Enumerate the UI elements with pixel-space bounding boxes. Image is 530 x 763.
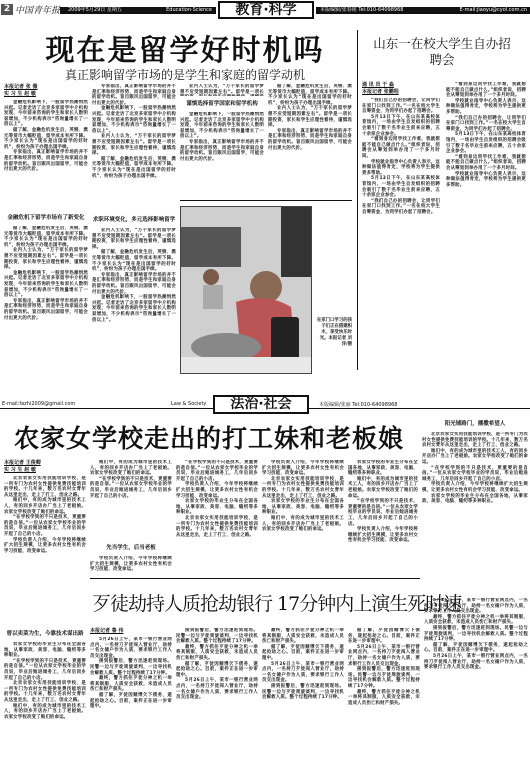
article-text: 据了解，金融危机发生后，英镑、澳元等货币大幅贬值，留学成本有所下降。不少家长认为…	[4, 226, 88, 376]
article-text: 北京农家女实用技能培训学校，是一所专门为农村女性提供免费技能培训的学校。十几年来…	[4, 476, 86, 626]
article-text: 5月26日上午，某市一银行营业网点内，一名持刀歹徒闯入营业厅，劫持一名女储户作为…	[90, 637, 172, 761]
article-text: 业内人士认为，“万千家长的留学梦想不应受短期因素左右”。留学是一项长期投资，家长…	[92, 228, 176, 368]
section-title: 教育·科学	[218, 1, 314, 19]
law-section-english: Law & Society	[168, 401, 209, 407]
crime-story-col-3: 最终，警方抓住歹徒分神之机一举将其制服，人质安全获救，未造成人员伤亡和财产损失。…	[262, 628, 344, 761]
section-english: Education·Science	[166, 7, 212, 14]
article-text: 北京农家女实用技能培训学校，是一所专门为农村女性提供免费技能培训的学校。十几年来…	[422, 432, 528, 592]
law-email[interactable]: E-mail:fazhi2009@gmail.com	[2, 401, 78, 407]
issue-date: 2009年5月29日 星期五	[68, 7, 122, 13]
law-story-col-4: 学校负责人介绍，今年学校将继续扩大招生规模，让更多农村女性有机会学习技能、改变命…	[262, 460, 344, 570]
article-text: 金融危机影响下，一股留学热潮悄然兴起。记者走访了北京多家留学中介机构发现，今年前…	[180, 112, 264, 174]
law-sidebar: 阳光铺路门，播撒希望人 北京农家女实用技能培训学校，是一所专门为农村女性提供免费…	[422, 420, 528, 595]
contact-band: 本版编辑/张春铭 Tel:010-64098968 E-mail:jiaoyu@…	[316, 7, 530, 14]
article-subhead: 先当学生，后当老板	[90, 544, 172, 552]
article-text: “我们自己办的招聘会，让同学们在家门口找到工作。”一名在校大学生自筹资金，为同学…	[362, 98, 440, 368]
article-text: 最终，警方抓住歹徒分神之机一举将其制服，人质安全获救，未造成人员伤亡和财产损失。…	[262, 628, 344, 761]
date-band: 2009年5月29日 星期五 Education·Science	[60, 7, 216, 14]
page-number: 2	[1, 4, 13, 15]
article-subhead: 求职环境变化，多元选择影响留学	[92, 216, 176, 224]
law-story-headline: 农家女学校走出的打工妹和老板娘	[4, 424, 414, 454]
law-editor-info: 本版编辑/张丽 Tel:010-64098968	[316, 401, 400, 408]
article-text: 专家指出，真正影响留学市场的并不是汇率和经济形势，而是学生和家庭自身的留学动机。…	[92, 84, 176, 212]
article-text: 业内人士认为，“万千家长的留学梦想不应受短期因素左右”。留学是一项长期投资，家长…	[180, 84, 264, 96]
byline: 通 讯 员 于 淼	[362, 82, 440, 89]
top-story-col-3: 业内人士认为，“万千家长的留学梦想不应受短期因素左右”。留学是一项长期投资，家长…	[180, 84, 264, 174]
paper-logo: 中国青年报	[15, 3, 60, 16]
article-text: 据了解，歹徒因赌博欠下债务，遂起抢劫之心。目前，案件正在进一步审理中。5月26日…	[348, 628, 420, 761]
article-text: 接到报警后，警方迅速赶到现场。民警一边与歹徒周旋谈判，一边寻找机会解救人质。整个…	[176, 628, 258, 761]
article-text: 农家女学校的毕业生分布在全国各地，从事家政、美容、电脑、缝纫等多种职业。她们中，…	[348, 460, 418, 570]
side-story-col-2: “看到身边同学找工作难，我就想能不能自己做点什么。”组织者说，招聘会从筹划到举办…	[446, 82, 526, 372]
photo-caption: 在家门口学习的孩子们正在搭建积木，享受快乐时光。本报记者 刘 洋/摄	[314, 318, 352, 374]
children-playing-image	[181, 207, 312, 374]
photo-divider	[180, 200, 352, 201]
side-story-col-1: 通 讯 员 于 淼 本报记者 张鹏程 “我们自己办的招聘会，让同学们在家门口找到…	[362, 82, 440, 372]
byline: 本报记者 张鹏程	[362, 89, 440, 96]
crime-story-col-1: 本报记者 鲁 伟 5月26日上午，某市一银行营业网点内，一名持刀歹徒闯入营业厅，…	[90, 628, 172, 761]
law-story-col-1: 本报记者 王俊卿 实 习 生 赵 敏 北京农家女实用技能培训学校，是一所专门为农…	[4, 460, 86, 760]
side-story-headline: 山东一在校大学生自办招聘会	[372, 36, 512, 68]
story-divider	[90, 578, 420, 579]
top-story-subheadline: 真正影响留学市场的是学生和家庭的留学动机	[30, 68, 340, 82]
crime-story-col-4: 据了解，歹徒因赌博欠下债务，遂起抢劫之心。目前，案件正在进一步审理中。5月26日…	[348, 628, 420, 761]
law-story-col-2: 她们中，有的成为城市里的技术工人，有的回乡开店办厂当上了老板娘。农家女学校改变了…	[90, 460, 172, 570]
article-subhead: 金融危机下留学市场有了新变化	[4, 214, 88, 222]
law-section-header: E-mail:fazhi2009@gmail.com Law & Society…	[0, 398, 530, 418]
top-story-col-2: 专家指出，真正影响留学市场的并不是汇率和经济形势，而是学生和家庭自身的留学动机。…	[92, 84, 176, 374]
sidebar-title: 阳光铺路门，播撒希望人	[422, 420, 528, 428]
article-text: 学校负责人介绍，今年学校将继续扩大招生规模，让更多农村女性有机会学习技能、改变命…	[262, 460, 344, 570]
article-text: 农家女学校的毕业生分布在全国各地，从事家政、美容、电脑、缝纫等多种职业。“在学校…	[4, 642, 86, 762]
byline: 本报记者 鲁 伟	[90, 628, 172, 635]
masthead: 2 中国青年报 2009年5月29日 星期五 Education·Science…	[0, 3, 530, 17]
top-story-col-4: 据了解，金融危机发生后，英镑、澳元等货币大幅贬值，留学成本有所下降。不少家长认为…	[268, 84, 352, 174]
news-photo	[180, 206, 312, 374]
byline: 实 习 生 赵 敏	[4, 91, 88, 98]
editor-info: 本版编辑/张春铭 Tel:010-64098968	[320, 7, 403, 13]
top-story-col-1: 本报记者 张 薇 实 习 生 赵 敏 金融危机影响下，一股留学热潮悄然兴起。记者…	[4, 84, 88, 374]
crime-story-headline: 歹徒劫持人质抢劫银行 17分钟内上演生死时速	[92, 584, 422, 624]
article-text: 5月26日上午，某市一银行营业网点内，一名持刀歹徒闯入营业厅，劫持一名女储户作为…	[424, 598, 528, 761]
byline: 本报记者 王俊卿	[4, 460, 86, 467]
article-text: 金融危机影响下，一股留学热潮悄然兴起。记者走访了北京多家留学中介机构发现，今年前…	[4, 100, 88, 210]
article-text: 学校负责人介绍，今年学校将继续扩大招生规模，让更多农村女性有机会学习技能、改变命…	[90, 556, 172, 576]
law-section-title: 法治·社会	[213, 395, 309, 414]
byline: 本报记者 张 薇	[4, 84, 88, 91]
byline: 实 习 生 赵 敏	[4, 467, 86, 474]
article-text: 她们中，有的成为城市里的技术工人，有的回乡开店办厂当上了老板娘。农家女学校改变了…	[90, 460, 172, 540]
email-link[interactable]: E-mail:jiaoyu@cyol.com.cn	[460, 7, 527, 14]
article-subhead: 谨慎选择留学国家和留学机构	[180, 100, 264, 108]
article-text: 据了解，金融危机发生后，英镑、澳元等货币大幅贬值，留学成本有所下降。不少家长认为…	[268, 84, 352, 174]
article-text: “在学校学到的不只是技术，更重要的是自信。”一位从农家女学校毕业的学员说，毕业后…	[176, 460, 258, 570]
column-divider	[357, 30, 358, 370]
law-story-col-5: 农家女学校的毕业生分布在全国各地，从事家政、美容、电脑、缝纫等多种职业。她们中，…	[348, 460, 418, 570]
top-story-headline: 现在是留学好时机吗	[20, 34, 350, 66]
article-subhead: 曾以卖菜为生，今靠技术谋出路	[4, 630, 86, 638]
crime-story-col-5: 5月26日上午，某市一银行营业网点内，一名持刀歹徒闯入营业厅，劫持一名女储户作为…	[424, 598, 528, 761]
crime-story-col-2: 接到报警后，警方迅速赶到现场。民警一边与歹徒周旋谈判，一边寻找机会解救人质。整个…	[176, 628, 258, 761]
article-text: “看到身边同学找工作难，我就想能不能自己做点什么。”组织者说，招聘会从筹划到举办…	[446, 82, 526, 372]
law-story-col-3: “在学校学到的不只是技术，更重要的是自信。”一位从农家女学校毕业的学员说，毕业后…	[176, 460, 258, 570]
